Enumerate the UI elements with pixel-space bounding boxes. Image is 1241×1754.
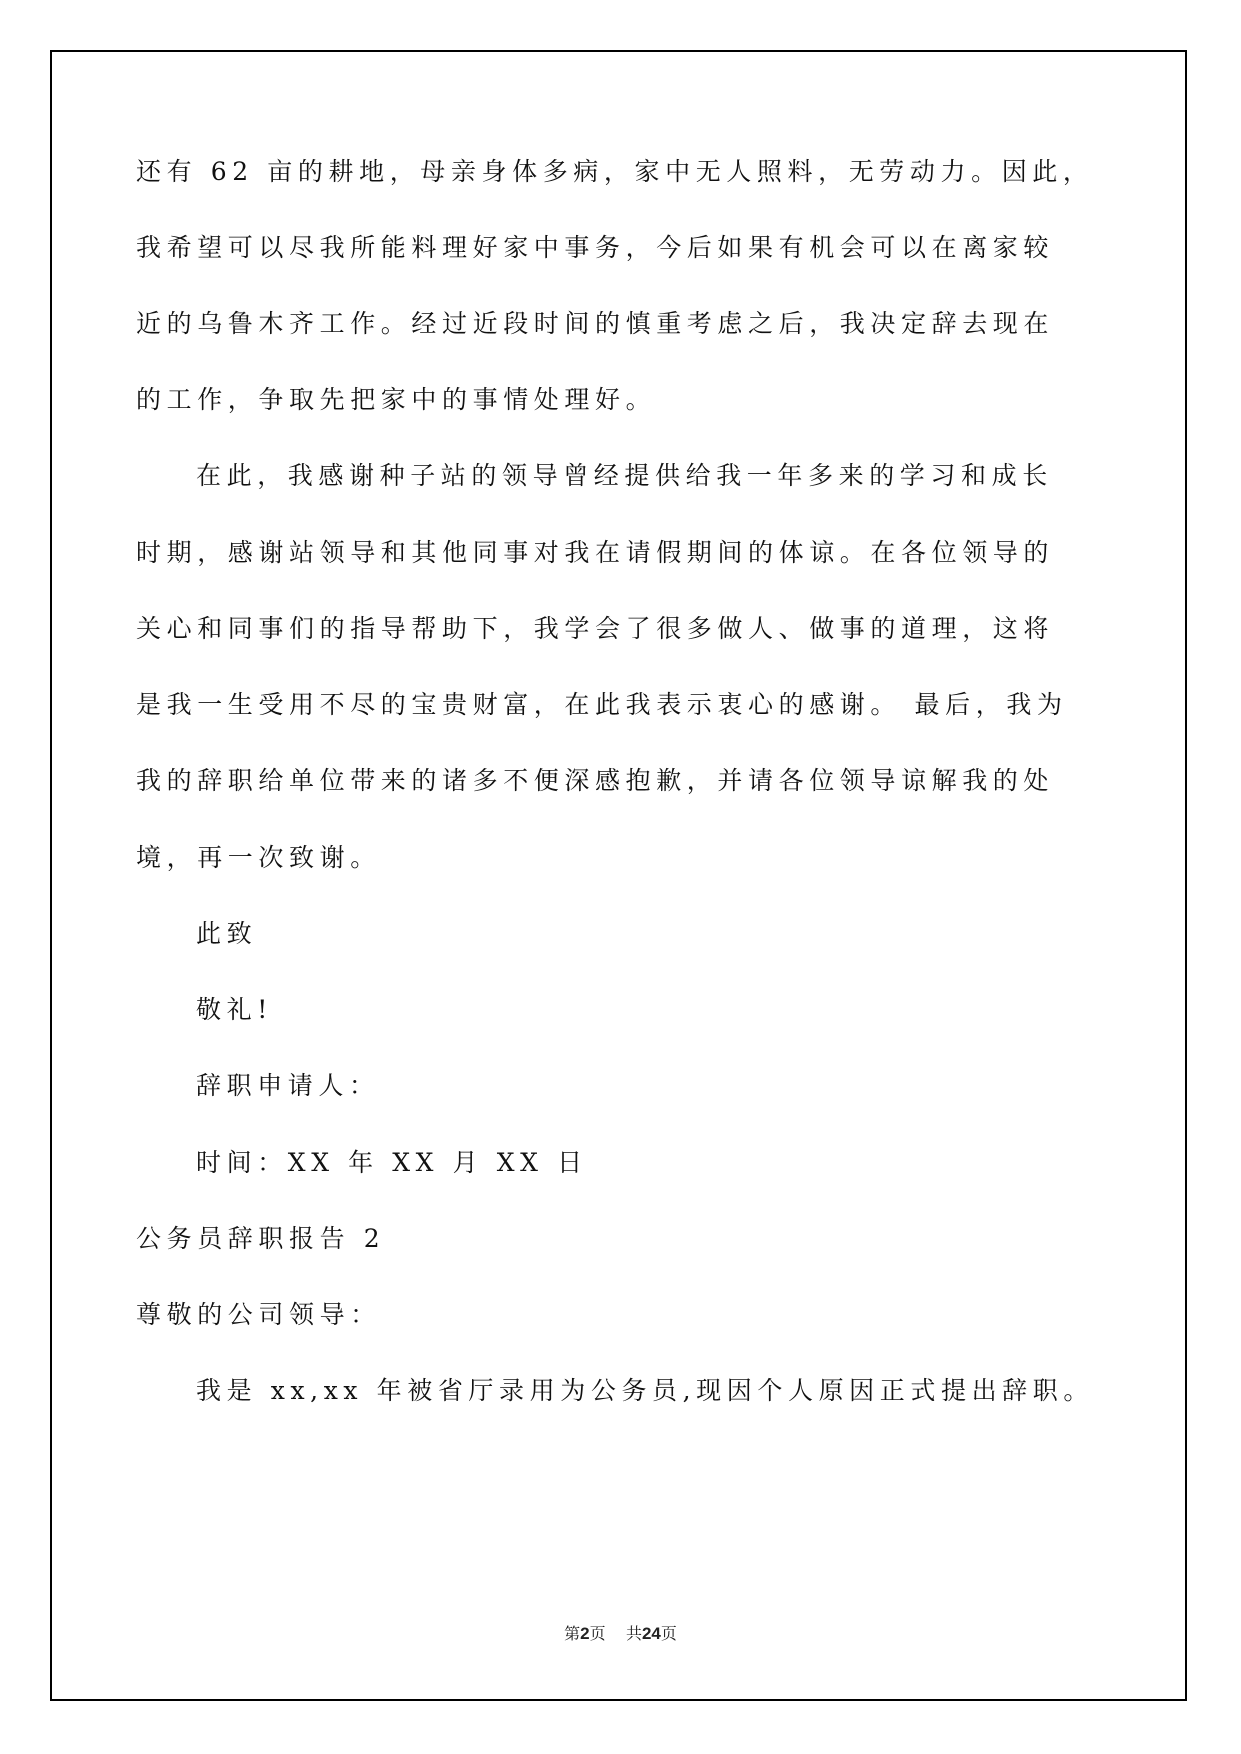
body-line-5: 在此，我感谢种子站的领导曾经提供给我一年多来的学习和成长 [196,456,1053,496]
body-line-4: 的工作，争取先把家中的事情处理好。 [136,380,656,420]
closing-salutation-1: 此致 [196,914,257,954]
closing-salutation-2: 敬礼! [196,990,273,1030]
body-line-17: 我是 xx,xx 年被省厅录用为公务员,现因个人原因正式提出辞职。 [196,1371,1094,1411]
total-page-number: 24 [642,1624,661,1643]
greeting-line: 尊敬的公司领导： [136,1295,381,1335]
page-suffix: 页 [661,1624,677,1643]
section-heading: 公务员辞职报告 2 [136,1219,385,1259]
body-line-1: 还有 62 亩的耕地，母亲身体多病，家中无人照料，无劳动力。因此， [136,152,1094,192]
body-line-9: 我的辞职给单位带来的诸多不便深感抱歉，并请各位领导谅解我的处 [136,761,1054,801]
body-line-2: 我希望可以尽我所能料理好家中事务，今后如果有机会可以在离家较 [136,228,1054,268]
date-line: 时间：XX 年 XX 月 XX 日 [196,1143,588,1183]
current-page-number: 2 [580,1624,589,1643]
body-line-7: 关心和同事们的指导帮助下，我学会了很多做人、做事的道理，这将 [136,609,1054,649]
body-line-8: 是我一生受用不尽的宝贵财富，在此我表示衷心的感谢。 最后，我为 [136,685,1068,725]
page-prefix: 第 [564,1624,580,1643]
page-number-footer: 第2页 共24页 [0,1622,1241,1646]
body-line-10: 境，再一次致谢。 [136,838,381,878]
body-line-3: 近的乌鲁木齐工作。经过近段时间的慎重考虑之后，我决定辞去现在 [136,304,1054,344]
page-mid: 页 共 [590,1624,642,1643]
body-line-6: 时期，感谢站领导和其他同事对我在请假期间的体谅。在各位领导的 [136,533,1054,573]
applicant-signature: 辞职申请人： [196,1066,380,1106]
